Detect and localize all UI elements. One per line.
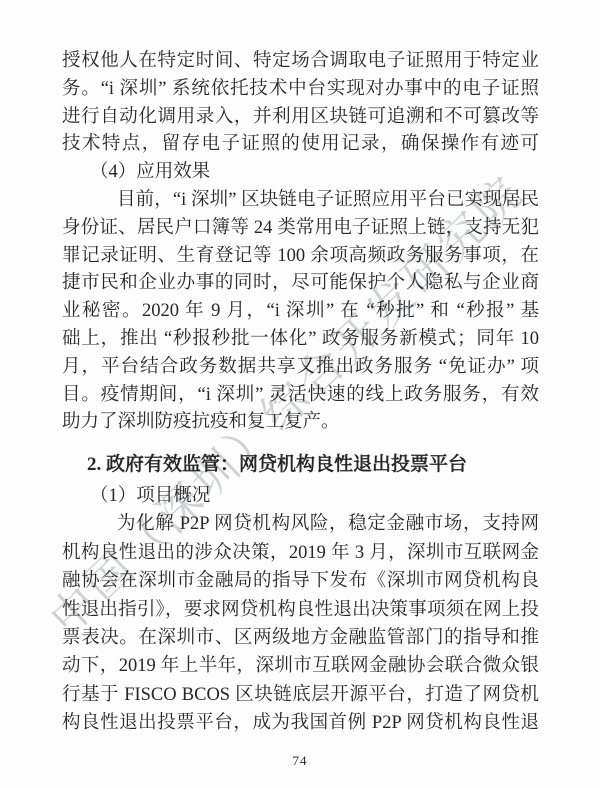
text-line: 捷市民和企业办事的同时，尽可能保护个人隐私与企业商 xyxy=(62,270,539,298)
text-line: 目前，“i 深圳” 区块链电子证照应用平台已实现居民 xyxy=(62,187,539,215)
text-line: 动下，2019 年上半年，深圳市互联网金融协会联合微众银 xyxy=(62,652,539,680)
text-line: 础上，推出 “秒报秒批一体化” 政务服务新模式；同年 10 xyxy=(62,326,539,354)
text-line: 技术特点，留存电子证照的使用记录，确保操作有迹可循。 xyxy=(62,131,539,159)
section-heading: 2. 政府有效监管：网贷机构良性退出投票平台 xyxy=(62,451,539,479)
subsection-label: （1）项目概况 xyxy=(62,482,539,510)
text-line: 行基于 FISCO BCOS 区块链底层开源平台，打造了网贷机 xyxy=(62,681,539,709)
text-line: 票表决。在深圳市、区两级地方金融监管部门的指导和推 xyxy=(62,624,539,652)
document-page: 中国（深圳）综合开发研究院 授权他人在特定时间、特定场合调取电子证照用于特定业 … xyxy=(0,0,600,788)
text-line: 月，平台结合政务数据共享又推出政务服务 “免证办” 项 xyxy=(62,354,539,382)
text-line: 机构良性退出的涉众决策，2019 年 3 月，深圳市互联网金 xyxy=(62,539,539,567)
text-line: 融协会在深圳市金融局的指导下发布《深圳市网贷机构良 xyxy=(62,567,539,595)
text-line: 务。“i 深圳” 系统依托技术中台实现对办事中的电子证照 xyxy=(62,76,539,104)
text-line: 为化解 P2P 网贷机构风险，稳定金融市场，支持网贷 xyxy=(62,510,539,538)
text-line: 性退出指引》，要求网贷机构良性退出决策事项须在网上投 xyxy=(62,596,539,624)
text-line: 罪记录证明、生育登记等 100 余项高频政务服务事项，在便 xyxy=(62,243,539,271)
text-block: 授权他人在特定时间、特定场合调取电子证照用于特定业 务。“i 深圳” 系统依托技… xyxy=(62,48,539,737)
text-line: 身份证、居民户口簿等 24 类常用电子证照上链，支持无犯 xyxy=(62,215,539,243)
page-number: 74 xyxy=(0,753,600,769)
text-line: 助力了深圳防疫抗疫和复工复产。 xyxy=(62,409,539,437)
subsection-label: （4）应用效果 xyxy=(62,159,539,187)
text-line: 进行自动化调用录入，并利用区块链可追溯和不可篡改等 xyxy=(62,104,539,132)
text-line: 构良性退出投票平台，成为我国首例 P2P 网贷机构良性退 xyxy=(62,709,539,737)
text-line: 授权他人在特定时间、特定场合调取电子证照用于特定业 xyxy=(62,48,539,76)
text-line: 目。疫情期间，“i 深圳” 灵活快速的线上政务服务，有效 xyxy=(62,382,539,410)
text-line: 业秘密。2020 年 9 月，“i 深圳” 在 “秒批” 和 “秒报” 基 xyxy=(62,298,539,326)
